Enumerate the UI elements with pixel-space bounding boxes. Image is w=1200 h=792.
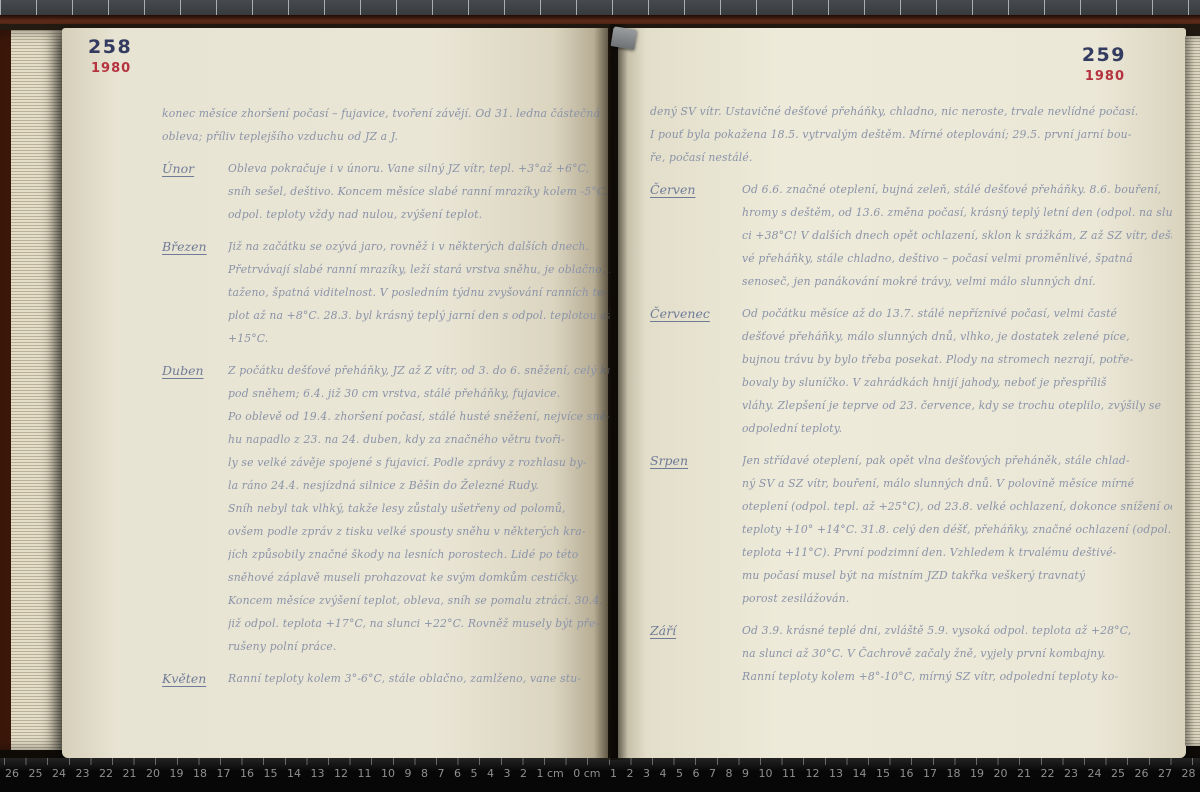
month-heading: Únor xyxy=(162,157,228,180)
month-heading xyxy=(650,247,742,270)
line-text: Jen střídavé oteplení, pak opět vlna deš… xyxy=(742,449,1130,472)
month-heading xyxy=(650,587,742,610)
month-heading xyxy=(162,589,228,612)
handwritten-line: Koncem měsíce zvýšení teplot, obleva, sn… xyxy=(162,589,610,612)
ruler-number: 7 xyxy=(709,767,716,780)
handwritten-line: porost zesilážován. xyxy=(650,587,1172,610)
line-text: plot až na +8°C. 28.3. byl krásný teplý … xyxy=(228,304,610,327)
ruler-number: 5 xyxy=(471,767,478,780)
month-heading xyxy=(162,304,228,327)
ruler-number: 16 xyxy=(900,767,914,780)
ruler-number: 3 xyxy=(504,767,511,780)
line-text: Obleva pokračuje i v únoru. Vane silný J… xyxy=(228,157,589,180)
ruler-number: 11 xyxy=(782,767,796,780)
line-text: bovaly by sluníčko. V zahrádkách hnijí j… xyxy=(742,371,1107,394)
ruler-number: 21 xyxy=(123,767,137,780)
handwritten-line: konec měsíce zhoršení počasí – fujavice,… xyxy=(162,102,610,125)
month-heading xyxy=(650,270,742,293)
left-page: 258 1980 konec měsíce zhoršení počasí – … xyxy=(62,28,608,758)
line-text: Přetrvávají slabé ranní mrazíky, leží st… xyxy=(228,258,610,281)
ruler-number: 26 xyxy=(1135,767,1149,780)
handwritten-line: obleva; příliv teplejšího vzduchu od JZ … xyxy=(162,125,610,148)
handwritten-line: dený SV vítr. Ustavičné dešťové přeháňky… xyxy=(650,100,1172,123)
month-heading xyxy=(162,180,228,203)
handwritten-line: +15°C. xyxy=(162,327,610,350)
right-page-text: dený SV vítr. Ustavičné dešťové přeháňky… xyxy=(650,100,1172,688)
photo-scene: 258 1980 konec měsíce zhoršení počasí – … xyxy=(0,0,1200,792)
handwritten-line: Červen Od 6.6. značné oteplení, bujná ze… xyxy=(650,178,1172,201)
handwritten-line: I pouť byla pokažena 18.5. vytrvalým deš… xyxy=(650,123,1172,146)
month-heading xyxy=(162,382,228,405)
month-heading xyxy=(650,642,742,665)
line-text: Z počátku dešťové přeháňky, JZ až Z vítr… xyxy=(228,359,610,382)
month-heading xyxy=(650,394,742,417)
ruler-number: 9 xyxy=(742,767,749,780)
handwritten-line: rušeny polní práce. xyxy=(162,635,610,658)
ruler-number: 16 xyxy=(240,767,254,780)
handwritten-line: bujnou trávu by bylo třeba posekat. Plod… xyxy=(650,348,1172,371)
ruler-number: 14 xyxy=(853,767,867,780)
line-text: I pouť byla pokažena 18.5. vytrvalým deš… xyxy=(650,123,1132,146)
page-number-left: 258 xyxy=(88,36,132,58)
line-text: ře, počasí nestálé. xyxy=(650,146,753,169)
line-text: obleva; příliv teplejšího vzduchu od JZ … xyxy=(162,125,398,148)
line-text: senoseč, jen panákování mokré trávy, vel… xyxy=(742,270,1096,293)
line-text: taženo, špatná viditelnost. V posledním … xyxy=(228,281,607,304)
handwritten-line: Sníh nebyl tak vlhký, takže lesy zůstaly… xyxy=(162,497,610,520)
handwritten-line: již odpol. teplota +17°C, na slunci +22°… xyxy=(162,612,610,635)
line-text: porost zesilážován. xyxy=(742,587,849,610)
page-number-right: 259 xyxy=(1082,44,1126,66)
left-page-text: konec měsíce zhoršení počasí – fujavice,… xyxy=(162,102,610,690)
ruler-number: 15 xyxy=(876,767,890,780)
ruler-number: 28 xyxy=(1182,767,1196,780)
line-text: ly se velké závěje spojené s fujavicí. P… xyxy=(228,451,587,474)
month-heading: Březen xyxy=(162,235,228,258)
ruler-number: 10 xyxy=(759,767,773,780)
line-text: oteplení (odpol. tepl. až +25°C), od 23.… xyxy=(742,495,1172,518)
ruler-number: 1 xyxy=(610,767,617,780)
line-text: Ranní teploty kolem +8°-10°C, mírný SZ v… xyxy=(742,665,1118,688)
chronicle-book: 258 1980 konec měsíce zhoršení počasí – … xyxy=(0,24,1200,760)
ruler-number: 25 xyxy=(1111,767,1125,780)
month-heading: Srpen xyxy=(650,449,742,472)
ruler-number: 4 xyxy=(660,767,667,780)
ruler-number: 15 xyxy=(264,767,278,780)
ruler-number: 23 xyxy=(1064,767,1078,780)
left-page-edges xyxy=(0,30,64,750)
line-text: odpol. teploty vždy nad nulou, zvýšení t… xyxy=(228,203,482,226)
ruler-numbers: 26 25 24 23 22 21 20 19 18 17 16 15 xyxy=(5,767,1196,780)
ruler-number: 18 xyxy=(947,767,961,780)
line-text: odpolední teploty. xyxy=(742,417,842,440)
line-text: hu napadlo z 23. na 24. duben, kdy za zn… xyxy=(228,428,565,451)
month-heading xyxy=(162,281,228,304)
handwritten-line: hu napadlo z 23. na 24. duben, kdy za zn… xyxy=(162,428,610,451)
line-text: sníh sešel, deštivo. Koncem měsíce slabé… xyxy=(228,180,609,203)
ruler-number: 18 xyxy=(193,767,207,780)
line-text: teplota +11°C). První podzimní den. Vzhl… xyxy=(742,541,1116,564)
month-heading xyxy=(162,520,228,543)
handwritten-line: Březen Již na začátku se ozývá jaro, rov… xyxy=(162,235,610,258)
handwritten-line: Srpen Jen střídavé oteplení, pak opět vl… xyxy=(650,449,1172,472)
ruler-number: 17 xyxy=(923,767,937,780)
month-heading: Červen xyxy=(650,178,742,201)
month-heading xyxy=(650,495,742,518)
handwritten-line: teplota +11°C). První podzimní den. Vzhl… xyxy=(650,541,1172,564)
handwritten-line: odpol. teploty vždy nad nulou, zvýšení t… xyxy=(162,203,610,226)
ruler-number: 25 xyxy=(29,767,43,780)
handwritten-line: sníh sešel, deštivo. Koncem měsíce slabé… xyxy=(162,180,610,203)
ruler-number: 24 xyxy=(1088,767,1102,780)
line-text: ný SV a SZ vítr, bouření, málo slunných … xyxy=(742,472,1134,495)
ruler-number: 12 xyxy=(806,767,820,780)
ruler-number: 21 xyxy=(1017,767,1031,780)
month-heading xyxy=(162,566,228,589)
ruler-number: 27 xyxy=(1158,767,1172,780)
line-text: konec měsíce zhoršení počasí – fujavice,… xyxy=(162,102,600,125)
ruler-number: 6 xyxy=(454,767,461,780)
month-heading: Květen xyxy=(162,667,228,690)
month-heading: Duben xyxy=(162,359,228,382)
month-heading xyxy=(650,518,742,541)
ruler-number: 5 xyxy=(676,767,683,780)
ruler-number: 6 xyxy=(693,767,700,780)
ruler-number: 13 xyxy=(829,767,843,780)
ruler-number: 23 xyxy=(76,767,90,780)
line-text: na slunci až 30°C. V Čachrově začaly žně… xyxy=(742,642,1106,665)
line-text: +15°C. xyxy=(228,327,268,350)
month-heading xyxy=(650,325,742,348)
month-heading: Červenec xyxy=(650,302,742,325)
line-text: Již na začátku se ozývá jaro, rovněž i v… xyxy=(228,235,589,258)
ruler-number: 20 xyxy=(146,767,160,780)
handwritten-line: Ranní teploty kolem +8°-10°C, mírný SZ v… xyxy=(650,665,1172,688)
line-text: Ranní teploty kolem 3°-6°C, stále oblačn… xyxy=(228,667,581,690)
line-text: Po oblevě od 19.4. zhoršení počasí, stál… xyxy=(228,405,610,428)
line-text: hromy s deštěm, od 13.6. změna počasí, k… xyxy=(742,201,1172,224)
handwritten-line: Přetrvávají slabé ranní mrazíky, leží st… xyxy=(162,258,610,281)
line-text: Koncem měsíce zvýšení teplot, obleva, sn… xyxy=(228,589,603,612)
month-heading xyxy=(650,224,742,247)
handwritten-line: bovaly by sluníčko. V zahrádkách hnijí j… xyxy=(650,371,1172,394)
ruler-number: 24 xyxy=(52,767,66,780)
line-text: jích způsobily značné škody na lesních p… xyxy=(228,543,578,566)
handwritten-line: ci +38°C! V dalších dnech opět ochlazení… xyxy=(650,224,1172,247)
line-text: již odpol. teplota +17°C, na slunci +22°… xyxy=(228,612,599,635)
ruler-number: 22 xyxy=(1041,767,1055,780)
handwritten-line: Květen Ranní teploty kolem 3°-6°C, stále… xyxy=(162,667,610,690)
line-text: dešťové přeháňky, málo slunných dnů, vlh… xyxy=(742,325,1130,348)
handwritten-line: ře, počasí nestálé. xyxy=(650,146,1172,169)
line-text: rušeny polní práce. xyxy=(228,635,336,658)
month-heading xyxy=(162,258,228,281)
month-heading xyxy=(650,541,742,564)
bottom-ruler: 26 25 24 23 22 21 20 19 18 17 16 15 xyxy=(0,758,1200,792)
book-spine-gutter xyxy=(594,24,628,760)
line-text: dený SV vítr. Ustavičné dešťové přeháňky… xyxy=(650,100,1138,123)
ruler-number: 11 xyxy=(358,767,372,780)
handwritten-line: plot až na +8°C. 28.3. byl krásný teplý … xyxy=(162,304,610,327)
month-heading xyxy=(650,371,742,394)
ruler-number: 2 xyxy=(627,767,634,780)
line-text: vé přeháňky, stále chladno, deštivo – po… xyxy=(742,247,1133,270)
ruler-number: 19 xyxy=(970,767,984,780)
handwritten-line: Po oblevě od 19.4. zhoršení počasí, stál… xyxy=(162,405,610,428)
handwritten-line: Září Od 3.9. krásné teplé dni, zvláště 5… xyxy=(650,619,1172,642)
ruler-number: 0 cm xyxy=(573,767,600,780)
handwritten-line: ly se velké závěje spojené s fujavicí. P… xyxy=(162,451,610,474)
right-page: 259 1980 dený SV vítr. Ustavičné dešťové… xyxy=(618,28,1186,758)
ruler-number: 1 cm xyxy=(537,767,564,780)
ruler-number: 9 xyxy=(405,767,412,780)
month-heading xyxy=(162,327,228,350)
ruler-number: 8 xyxy=(726,767,733,780)
handwritten-line: ný SV a SZ vítr, bouření, málo slunných … xyxy=(650,472,1172,495)
handwritten-line: pod sněhem; 6.4. již 30 cm vrstva, stálé… xyxy=(162,382,610,405)
ruler-number: 3 xyxy=(643,767,650,780)
month-heading xyxy=(162,451,228,474)
handwritten-line: odpolední teploty. xyxy=(650,417,1172,440)
ruler-number: 8 xyxy=(421,767,428,780)
handwritten-line: senoseč, jen panákování mokré trávy, vel… xyxy=(650,270,1172,293)
line-text: Od počátku měsíce až do 13.7. stálé nepř… xyxy=(742,302,1117,325)
line-text: la ráno 24.4. nesjízdná silnice z Běšin … xyxy=(228,474,539,497)
year-label-right: 1980 xyxy=(1085,69,1125,84)
month-heading xyxy=(650,348,742,371)
month-heading xyxy=(162,405,228,428)
handwritten-line: la ráno 24.4. nesjízdná silnice z Běšin … xyxy=(162,474,610,497)
line-text: bujnou trávu by bylo třeba posekat. Plod… xyxy=(742,348,1133,371)
month-heading xyxy=(162,203,228,226)
line-text: ci +38°C! V dalších dnech opět ochlazení… xyxy=(742,224,1172,247)
ruler-number: 7 xyxy=(438,767,445,780)
bookmark-ribbon xyxy=(611,26,638,50)
line-text: mu počasí musel být na místním JZD takřk… xyxy=(742,564,1085,587)
month-heading xyxy=(162,474,228,497)
line-text: Od 6.6. značné oteplení, bujná zeleň, st… xyxy=(742,178,1161,201)
handwritten-line: Červenec Od počátku měsíce až do 13.7. s… xyxy=(650,302,1172,325)
month-heading xyxy=(650,472,742,495)
handwritten-line: mu počasí musel být na místním JZD takřk… xyxy=(650,564,1172,587)
line-text: sněhové záplavě museli prohazovat ke svý… xyxy=(228,566,579,589)
month-heading xyxy=(650,665,742,688)
handwritten-line: sněhové záplavě museli prohazovat ke svý… xyxy=(162,566,610,589)
ruler-number: 13 xyxy=(311,767,325,780)
handwritten-line: vé přeháňky, stále chladno, deštivo – po… xyxy=(650,247,1172,270)
line-text: pod sněhem; 6.4. již 30 cm vrstva, stálé… xyxy=(228,382,560,405)
handwritten-line: dešťové přeháňky, málo slunných dnů, vlh… xyxy=(650,325,1172,348)
handwritten-line: taženo, špatná viditelnost. V posledním … xyxy=(162,281,610,304)
line-text: vláhy. Zlepšení je teprve od 23. červenc… xyxy=(742,394,1161,417)
ruler-number: 20 xyxy=(994,767,1008,780)
month-heading xyxy=(162,612,228,635)
month-heading xyxy=(162,635,228,658)
handwritten-line: jích způsobily značné škody na lesních p… xyxy=(162,543,610,566)
handwritten-line: Duben Z počátku dešťové přeháňky, JZ až … xyxy=(162,359,610,382)
month-heading xyxy=(650,417,742,440)
ruler-number: 4 xyxy=(487,767,494,780)
ruler-number: 17 xyxy=(217,767,231,780)
ruler-number: 2 xyxy=(520,767,527,780)
handwritten-line: hromy s deštěm, od 13.6. změna počasí, k… xyxy=(650,201,1172,224)
handwritten-line: vláhy. Zlepšení je teprve od 23. červenc… xyxy=(650,394,1172,417)
ruler-number: 19 xyxy=(170,767,184,780)
handwritten-line: teploty +10° +14°C. 31.8. celý den déšť,… xyxy=(650,518,1172,541)
month-heading xyxy=(650,201,742,224)
line-text: teploty +10° +14°C. 31.8. celý den déšť,… xyxy=(742,518,1171,541)
line-text: Od 3.9. krásné teplé dni, zvláště 5.9. v… xyxy=(742,619,1131,642)
handwritten-line: oteplení (odpol. tepl. až +25°C), od 23.… xyxy=(650,495,1172,518)
ruler-number: 10 xyxy=(381,767,395,780)
ruler-number: 26 xyxy=(5,767,19,780)
ruler-number: 12 xyxy=(334,767,348,780)
month-heading xyxy=(162,497,228,520)
month-heading xyxy=(162,543,228,566)
month-heading xyxy=(650,564,742,587)
line-text: Sníh nebyl tak vlhký, takže lesy zůstaly… xyxy=(228,497,566,520)
handwritten-line: ovšem podle zpráv z tisku velké spousty … xyxy=(162,520,610,543)
right-page-edges xyxy=(1185,36,1200,746)
ruler-number: 14 xyxy=(287,767,301,780)
month-heading: Září xyxy=(650,619,742,642)
line-text: ovšem podle zpráv z tisku velké spousty … xyxy=(228,520,586,543)
handwritten-line: na slunci až 30°C. V Čachrově začaly žně… xyxy=(650,642,1172,665)
handwritten-line: Únor Obleva pokračuje i v únoru. Vane si… xyxy=(162,157,610,180)
month-heading xyxy=(162,428,228,451)
year-label-left: 1980 xyxy=(91,61,131,76)
ruler-number: 22 xyxy=(99,767,113,780)
